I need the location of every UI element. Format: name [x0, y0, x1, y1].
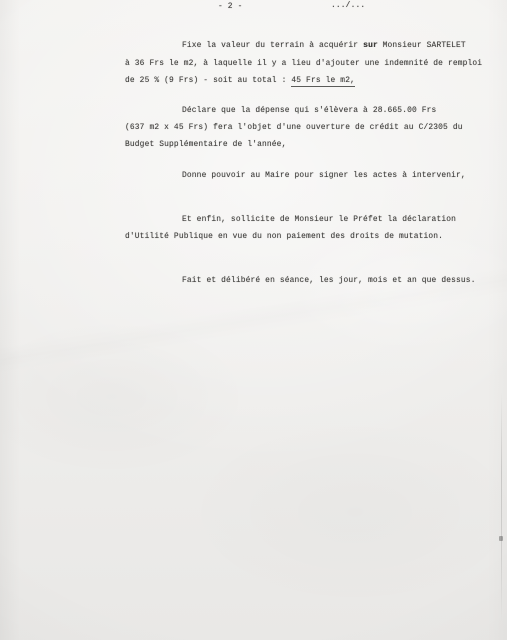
p1-l1-emphasized-word: sur	[363, 41, 378, 50]
p1-l3-underlined-total: 45 Frs le m2,	[291, 76, 355, 87]
page-number: - 2 -	[218, 2, 242, 12]
paragraph-1-line-2: à 36 Frs le m2, à laquelle il y a lieu d…	[125, 59, 482, 69]
paragraph-2-line-2: (637 m2 x 45 Frs) fera l'objet d'une ouv…	[125, 123, 463, 133]
p1-l3-text-pre: de 25 % (9 Frs) - soit au total :	[125, 76, 291, 85]
scan-edge-mark	[499, 536, 503, 541]
paragraph-3-line-1: Donne pouvoir au Maire pour signer les a…	[182, 171, 466, 181]
paragraph-1-line-1: Fixe la valeur du terrain à acquérir sur…	[182, 41, 466, 51]
paragraph-1-line-3: de 25 % (9 Frs) - soit au total : 45 Frs…	[125, 76, 355, 86]
paragraph-2-line-3: Budget Supplémentaire de l'année,	[125, 140, 286, 150]
continuation-mark: .../...	[331, 1, 365, 11]
paragraph-4-line-2: d'Utilité Publique en vue du non paiemen…	[125, 232, 443, 242]
paragraph-5-line-1: Fait et délibéré en séance, les jour, mo…	[182, 276, 476, 286]
p1-l1-text-pre: Fixe la valeur du terrain à acquérir	[182, 41, 363, 50]
scan-edge-line	[501, 392, 502, 622]
paper-texture	[0, 0, 507, 640]
scanned-document-page: - 2 - .../... Fixe la valeur du terrain …	[0, 0, 507, 640]
paragraph-2-line-1: Déclare que la dépense qui s'élèvera à 2…	[182, 106, 436, 116]
paragraph-4-line-1: Et enfin, sollicite de Monsieur le Préfe…	[182, 215, 456, 225]
p1-l1-text-post: Monsieur SARTELET	[378, 41, 466, 50]
